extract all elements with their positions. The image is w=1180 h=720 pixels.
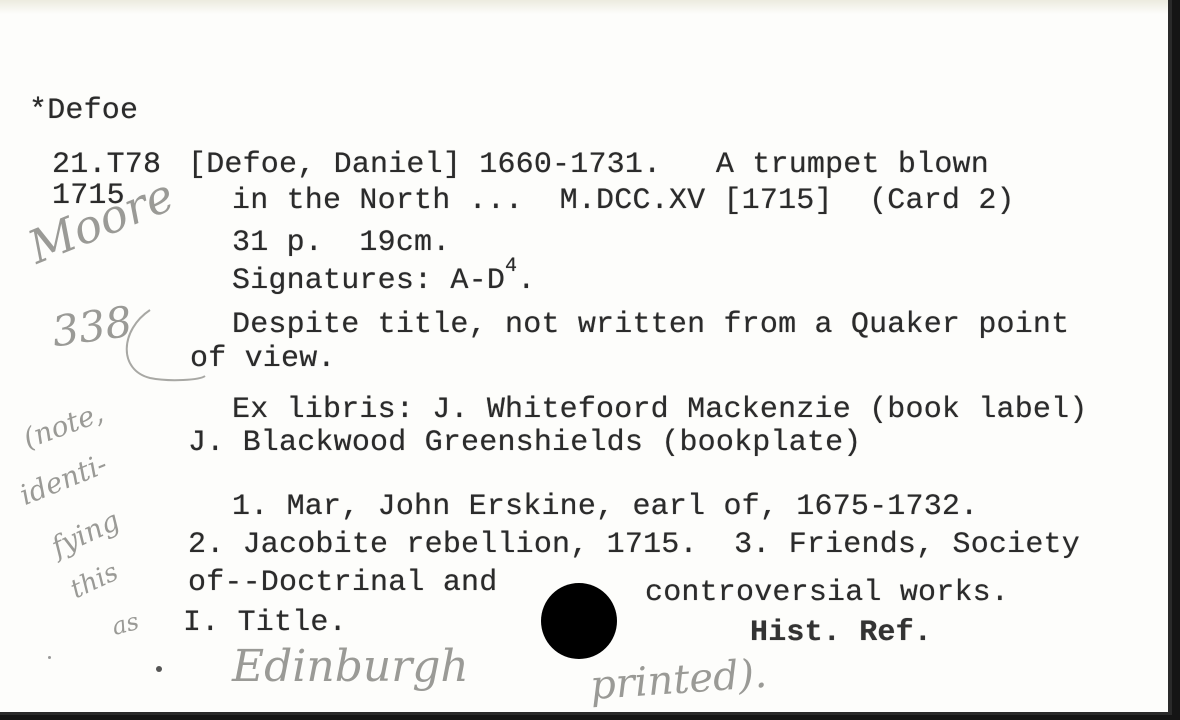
tracing-title: I. Title. — [183, 608, 347, 638]
note-quaker-line2: of view. — [190, 344, 336, 374]
handwritten-note-line3: fying — [47, 506, 123, 561]
punch-hole — [541, 583, 617, 659]
handwritten-printed: printed). — [589, 654, 768, 706]
note-ex-libris-line1: Ex libris: J. Whitefoord Mackenzie (book… — [232, 395, 1088, 425]
signatures-text: Signatures: A-D — [232, 264, 505, 298]
note-ex-libris-line2: J. Blackwood Greenshields (bookplate) — [188, 428, 862, 458]
location-stamp: Hist. Ref. — [750, 618, 932, 648]
main-entry-line2: in the North ... M.DCC.XV [1715] (Card 2… — [232, 186, 1015, 216]
signatures-suffix: . — [517, 264, 535, 298]
handwritten-edinburgh: Edinburgh — [232, 645, 469, 689]
catalog-card: *Defoe 21.T78 1715 [Defoe, Daniel] 1660-… — [0, 0, 1172, 715]
collation: 31 p. 19cm. — [232, 228, 450, 258]
handwritten-note-line5: as — [109, 609, 141, 639]
handwritten-338: 338 — [49, 301, 134, 354]
stray-mark — [156, 666, 162, 672]
note-quaker-line1: Despite title, not written from a Quaker… — [232, 310, 1069, 340]
tracing-line2: 2. Jacobite rebellion, 1715. 3. Friends,… — [188, 530, 1080, 560]
stray-mark — [48, 656, 51, 659]
tracing-line1: 1. Mar, John Erskine, earl of, 1675-1732… — [232, 492, 978, 522]
tracing-line3b: controversial works. — [645, 578, 1009, 608]
handwritten-note-line2: identi- — [16, 450, 111, 510]
signatures-superscript: 4 — [505, 255, 517, 278]
signatures: Signatures: A-D4. — [232, 266, 535, 296]
card-heading: *Defoe — [29, 96, 138, 126]
tracing-line3a: of--Doctrinal and — [188, 568, 497, 598]
handwritten-note-line1: (note, — [20, 399, 107, 454]
main-entry-line1: [Defoe, Daniel] 1660-1731. A trumpet blo… — [188, 150, 989, 180]
handwritten-note-line4: this — [67, 559, 122, 603]
